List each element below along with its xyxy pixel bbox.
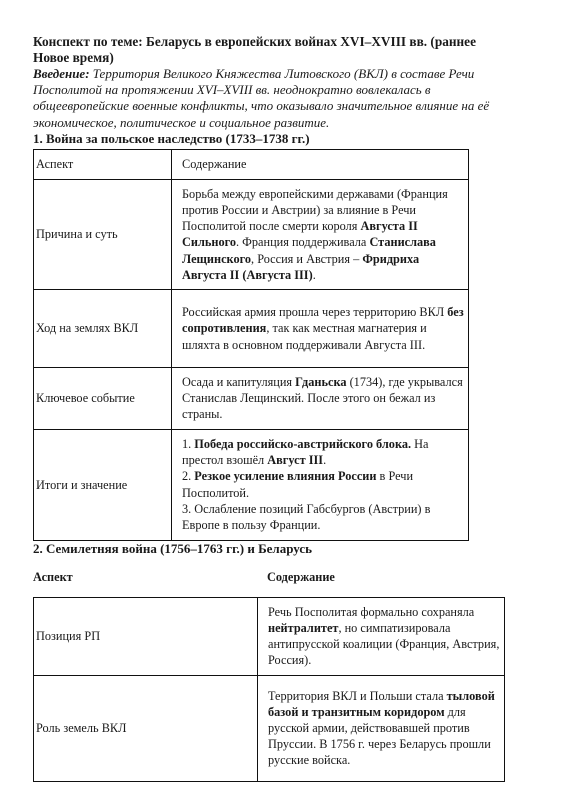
- content-cell: 1. Победа российско-австрийского блока. …: [172, 429, 469, 540]
- aspect-cell: Позиция РП: [34, 597, 258, 675]
- seven-years-war-table: Позиция РПРечь Посполитая формально сохр…: [33, 597, 505, 782]
- polish-succession-table: Аспект Содержание Причина и сутьБорьба м…: [33, 149, 469, 541]
- table-row: Позиция РПРечь Посполитая формально сохр…: [34, 597, 505, 675]
- emphasis-text: нейтралитет: [268, 621, 338, 635]
- text-run: .: [313, 268, 316, 282]
- content-cell: Речь Посполитая формально сохраняла нейт…: [258, 597, 505, 675]
- emphasis-text: Гданьска: [295, 375, 346, 389]
- table-row: Причина и сутьБорьба между европейскими …: [34, 179, 469, 289]
- emphasis-text: Резкое усиление влияния России: [194, 469, 376, 483]
- seven-years-war-header: Аспект Содержание: [33, 570, 513, 586]
- introduction-text: Территория Великого Княжества Литовского…: [33, 66, 489, 130]
- aspect-cell: Причина и суть: [34, 179, 172, 289]
- text-run: Территория ВКЛ и Польши стала: [268, 689, 447, 703]
- text-run: 1.: [182, 437, 194, 451]
- document-page: Конспект по теме: Беларусь в европейских…: [33, 34, 513, 782]
- section-1-heading: 1. Война за польское наследство (1733–17…: [33, 131, 513, 147]
- table-row: Ход на землях ВКЛРоссийская армия прошла…: [34, 290, 469, 368]
- document-title: Конспект по теме: Беларусь в европейских…: [33, 34, 513, 66]
- header-content: Содержание: [267, 570, 335, 586]
- text-run: .: [323, 453, 326, 467]
- text-run: Российская армия прошла через территорию…: [182, 305, 447, 319]
- section-2-heading: 2. Семилетняя война (1756–1763 гг.) и Бе…: [33, 541, 513, 557]
- table-row: Роль земель ВКЛТерритория ВКЛ и Польши с…: [34, 675, 505, 781]
- text-run: Речь Посполитая формально сохраняла: [268, 605, 474, 619]
- introduction-paragraph: Введение: Территория Великого Княжества …: [33, 66, 513, 131]
- content-cell: Российская армия прошла через территорию…: [172, 290, 469, 368]
- text-run: . Франция поддерживала: [236, 235, 369, 249]
- table-header-row: Аспект Содержание: [34, 149, 469, 179]
- table-row: Итоги и значение1. Победа российско-авст…: [34, 429, 469, 540]
- content-cell: Территория ВКЛ и Польши стала тыловой ба…: [258, 675, 505, 781]
- emphasis-text: Август III: [267, 453, 323, 467]
- content-cell: Осада и капитуляция Гданьска (1734), где…: [172, 368, 469, 430]
- text-run: , Россия и Австрия –: [251, 252, 362, 266]
- header-content: Содержание: [172, 149, 469, 179]
- aspect-cell: Итоги и значение: [34, 429, 172, 540]
- aspect-cell: Ключевое событие: [34, 368, 172, 430]
- header-aspect: Аспект: [34, 149, 172, 179]
- emphasis-text: Победа российско-австрийского блока.: [194, 437, 411, 451]
- text-run: 2.: [182, 469, 194, 483]
- aspect-cell: Ход на землях ВКЛ: [34, 290, 172, 368]
- text-run: 3. Ослабление позиций Габсбургов (Австри…: [182, 502, 430, 532]
- aspect-cell: Роль земель ВКЛ: [34, 675, 258, 781]
- header-aspect: Аспект: [33, 570, 267, 586]
- text-run: Осада и капитуляция: [182, 375, 295, 389]
- content-cell: Борьба между европейскими державами (Фра…: [172, 179, 469, 289]
- table-row: Ключевое событиеОсада и капитуляция Гдан…: [34, 368, 469, 430]
- introduction-label: Введение:: [33, 66, 90, 81]
